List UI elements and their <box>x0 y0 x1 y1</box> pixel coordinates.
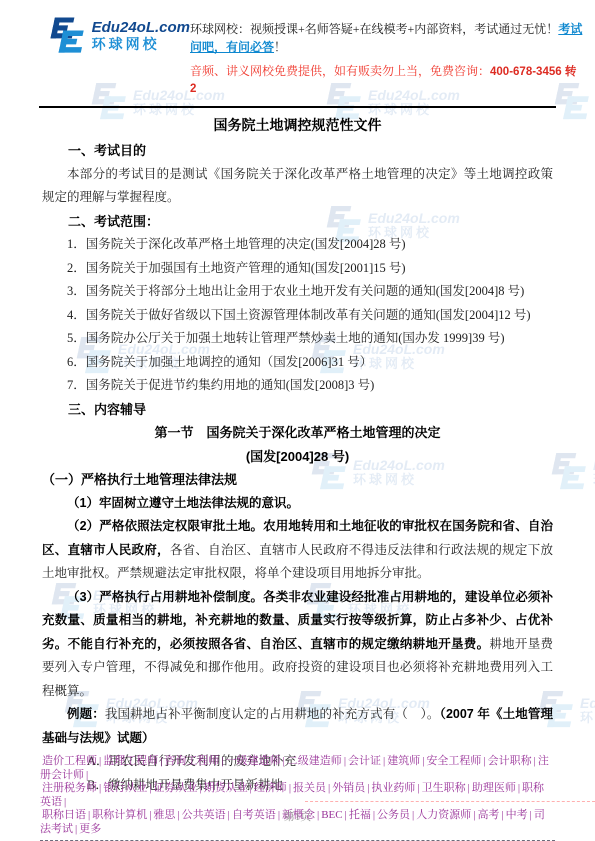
footer-link-wrap: 安全工程师| <box>424 755 485 767</box>
exam-purpose-paragraph: 本部分的考试目的是测试《国务院关于深化改革严格土地管理的决定》等土地调控政策规定… <box>42 163 553 210</box>
tagline-text: 环球网校：视频授课+名师答疑+在线模考+内部资料，考试通过无忧！ <box>190 22 558 36</box>
footer-link[interactable]: 建筑师 <box>385 755 422 767</box>
footer-link[interactable]: 执业药师 <box>369 782 417 794</box>
footer-link[interactable]: 助理医师 <box>470 782 518 794</box>
header-tagline: 环球网校：视频授课+名师答疑+在线模考+内部资料，考试通过无忧！考试问吧，有问必… <box>190 20 585 56</box>
exam-purpose-heading: 一、考试目的 <box>42 139 553 163</box>
footer-link-wrap: 会计职称| <box>486 755 536 767</box>
footer-link-wrap: 外销员| <box>330 782 369 794</box>
document-page: Edu24oL.com环球网校Edu24oL.com环球网校Edu24oL.co… <box>0 0 595 841</box>
footer-link-wrap: 执业药师| <box>369 782 419 794</box>
footer-link-wrap: 二级建造师| <box>285 755 346 767</box>
brand-logo[interactable]: Edu24oL.com 环球网校 <box>44 16 190 56</box>
scope-item: 2．国务院关于加强国有土地资产管理的通知(国发[2001]15 号) <box>42 257 553 281</box>
footer-links-row-1: 造价工程师|监理工程师|咨询工程师|一级建造师|二级建造师|会计证|建筑师|安全… <box>40 755 555 782</box>
footer-link[interactable]: 会计职称 <box>486 755 534 767</box>
footer-link-wrap: 证券从业| <box>151 782 201 794</box>
footer-link[interactable]: 注册税务师 <box>40 782 99 794</box>
footer-links-row-2: 注册税务师|银行从业|证券从业|期货从业|经济师|报关员|外销员|执业药师|卫生… <box>40 782 555 809</box>
brand-text-block: Edu24oL.com 环球网校 <box>92 20 190 52</box>
footer-link[interactable]: 会计证 <box>346 755 383 767</box>
brand-name-cn: 环球网校 <box>92 37 190 52</box>
example-paragraph: 例题：我国耕地占补平衡制度认定的占用耕地的补充方式有（ ）。（2007 年《土地… <box>42 703 553 750</box>
footer-link-wrap: 建筑师| <box>385 755 424 767</box>
footer-link-wrap: 银行从业| <box>101 782 151 794</box>
tagline-suffix: ！ <box>274 40 286 54</box>
footer-link[interactable]: 更多 <box>77 823 103 835</box>
footer-link-wrap: 期货从业| <box>202 782 252 794</box>
header-divider <box>39 106 556 108</box>
scope-item: 4．国务院关于做好省级以下国土资源管理体制改革有关问题的通知(国发[2004]1… <box>42 304 553 328</box>
scope-item: 7．国务院关于促进节约集约用地的通知(国发[2008]3 号) <box>42 374 553 398</box>
footer-separator: | <box>64 796 66 808</box>
footer-link[interactable]: 外销员 <box>330 782 367 794</box>
footer-link[interactable]: 卫生职称 <box>420 782 468 794</box>
paragraph-3-bold: （3）严格执行占用耕地补偿制度。各类非农业建设经批准占用耕地的，建设单位必须补充… <box>42 590 553 651</box>
paragraph-2: （2）严格依照法定权限审批土地。农用地转用和土地征收的审批权在国务院和省、自治区… <box>42 515 553 586</box>
footer-link[interactable]: 监理工程师 <box>101 755 160 767</box>
footer-link-wrap: 监理工程师| <box>101 755 162 767</box>
footer-link[interactable]: 期货从业 <box>202 782 250 794</box>
footer-link[interactable]: 证券从业 <box>151 782 199 794</box>
paragraph-1: （1）牢固树立遵守土地法律法规的意识。 <box>42 492 553 516</box>
brand-name: Edu24oL.com <box>92 20 190 37</box>
ee-logo-icon <box>44 16 87 56</box>
footer-link[interactable]: 安全工程师 <box>424 755 483 767</box>
scope-item: 5．国务院办公厅关于加强土地转让管理严禁炒卖土地的通知(国办发 1999]39 … <box>42 327 553 351</box>
example-label: 例题： <box>67 707 105 721</box>
red-dashed-artifact <box>305 801 595 802</box>
footer-link-wrap: 经济师| <box>252 782 291 794</box>
paragraph-1-bold: （1）牢固树立遵守土地法律法规的意识。 <box>67 496 299 510</box>
footer-link-wrap: 咨询工程师| <box>162 755 223 767</box>
footer-link[interactable]: 二级建造师 <box>285 755 344 767</box>
scope-list: 1．国务院关于深化改革严格土地管理的决定(国发[2004]28 号)2．国务院关… <box>42 233 553 398</box>
footer-separator: | <box>86 769 88 781</box>
scope-item: 1．国务院关于深化改革严格土地管理的决定(国发[2004]28 号) <box>42 233 553 257</box>
footer-link[interactable]: 银行从业 <box>101 782 149 794</box>
footer-link-wrap: 一级建造师| <box>224 755 285 767</box>
footer-link[interactable]: 报关员 <box>291 782 328 794</box>
doc-body: 一、考试目的 本部分的考试目的是测试《国务院关于深化改革严格土地管理的决定》等土… <box>42 139 553 797</box>
content-guide-heading: 三、内容辅导 <box>42 398 553 422</box>
footer-link[interactable]: 造价工程师 <box>40 755 99 767</box>
page-header: Edu24oL.com 环球网校 环球网校：视频授课+名师答疑+在线模考+内部资… <box>0 0 595 97</box>
header-notice: 音频、讲义网校免费提供，如有贩卖勿上当，免费咨询：400-678-3456 转 … <box>190 63 585 97</box>
subsection-heading: （一）严格执行土地管理法律法规 <box>42 468 553 492</box>
notice-text: 音频、讲义网校免费提供，如有贩卖勿上当，免费咨询： <box>190 64 490 78</box>
footer-link-wrap: 报关员| <box>291 782 330 794</box>
scope-item: 3．国务院关于将部分土地出让金用于农业土地开发有关问题的通知(国发[2004]8… <box>42 280 553 304</box>
section-subtitle: (国发[2004]28 号) <box>42 445 553 469</box>
footer-link[interactable]: 一级建造师 <box>224 755 283 767</box>
footer-link-wrap: 助理医师| <box>470 782 520 794</box>
footer-link-wrap: 造价工程师| <box>40 755 101 767</box>
doc-title: 国务院土地调控规范性文件 <box>0 115 595 135</box>
example-text: 我国耕地占补平衡制度认定的占用耕地的补充方式有（ ）。 <box>105 707 440 721</box>
section-title: 第一节 国务院关于深化改革严格土地管理的决定 <box>42 421 553 445</box>
footer-link-wrap: 更多| <box>77 823 103 835</box>
footer-link[interactable]: 咨询工程师 <box>162 755 221 767</box>
header-taglines: 环球网校：视频授课+名师答疑+在线模考+内部资料，考试通过无忧！考试问吧，有问必… <box>190 16 585 97</box>
paragraph-3: （3）严格执行占用耕地补偿制度。各类非农业建设经批准占用耕地的，建设单位必须补充… <box>42 586 553 704</box>
footer-links: 造价工程师|监理工程师|咨询工程师|一级建造师|二级建造师|会计证|建筑师|安全… <box>40 755 555 841</box>
scope-item: 6．国务院关于加强土地调控的通知（国发[2006]31 号） <box>42 351 553 375</box>
exam-scope-heading: 二、考试范围： <box>42 210 553 234</box>
footer-link-wrap: 注册税务师| <box>40 782 101 794</box>
footer-link[interactable]: 经济师 <box>252 782 289 794</box>
footer-link-wrap: 会计证| <box>346 755 385 767</box>
footer-link-wrap: 卫生职称| <box>420 782 470 794</box>
page-number: 第1页 <box>0 808 595 824</box>
